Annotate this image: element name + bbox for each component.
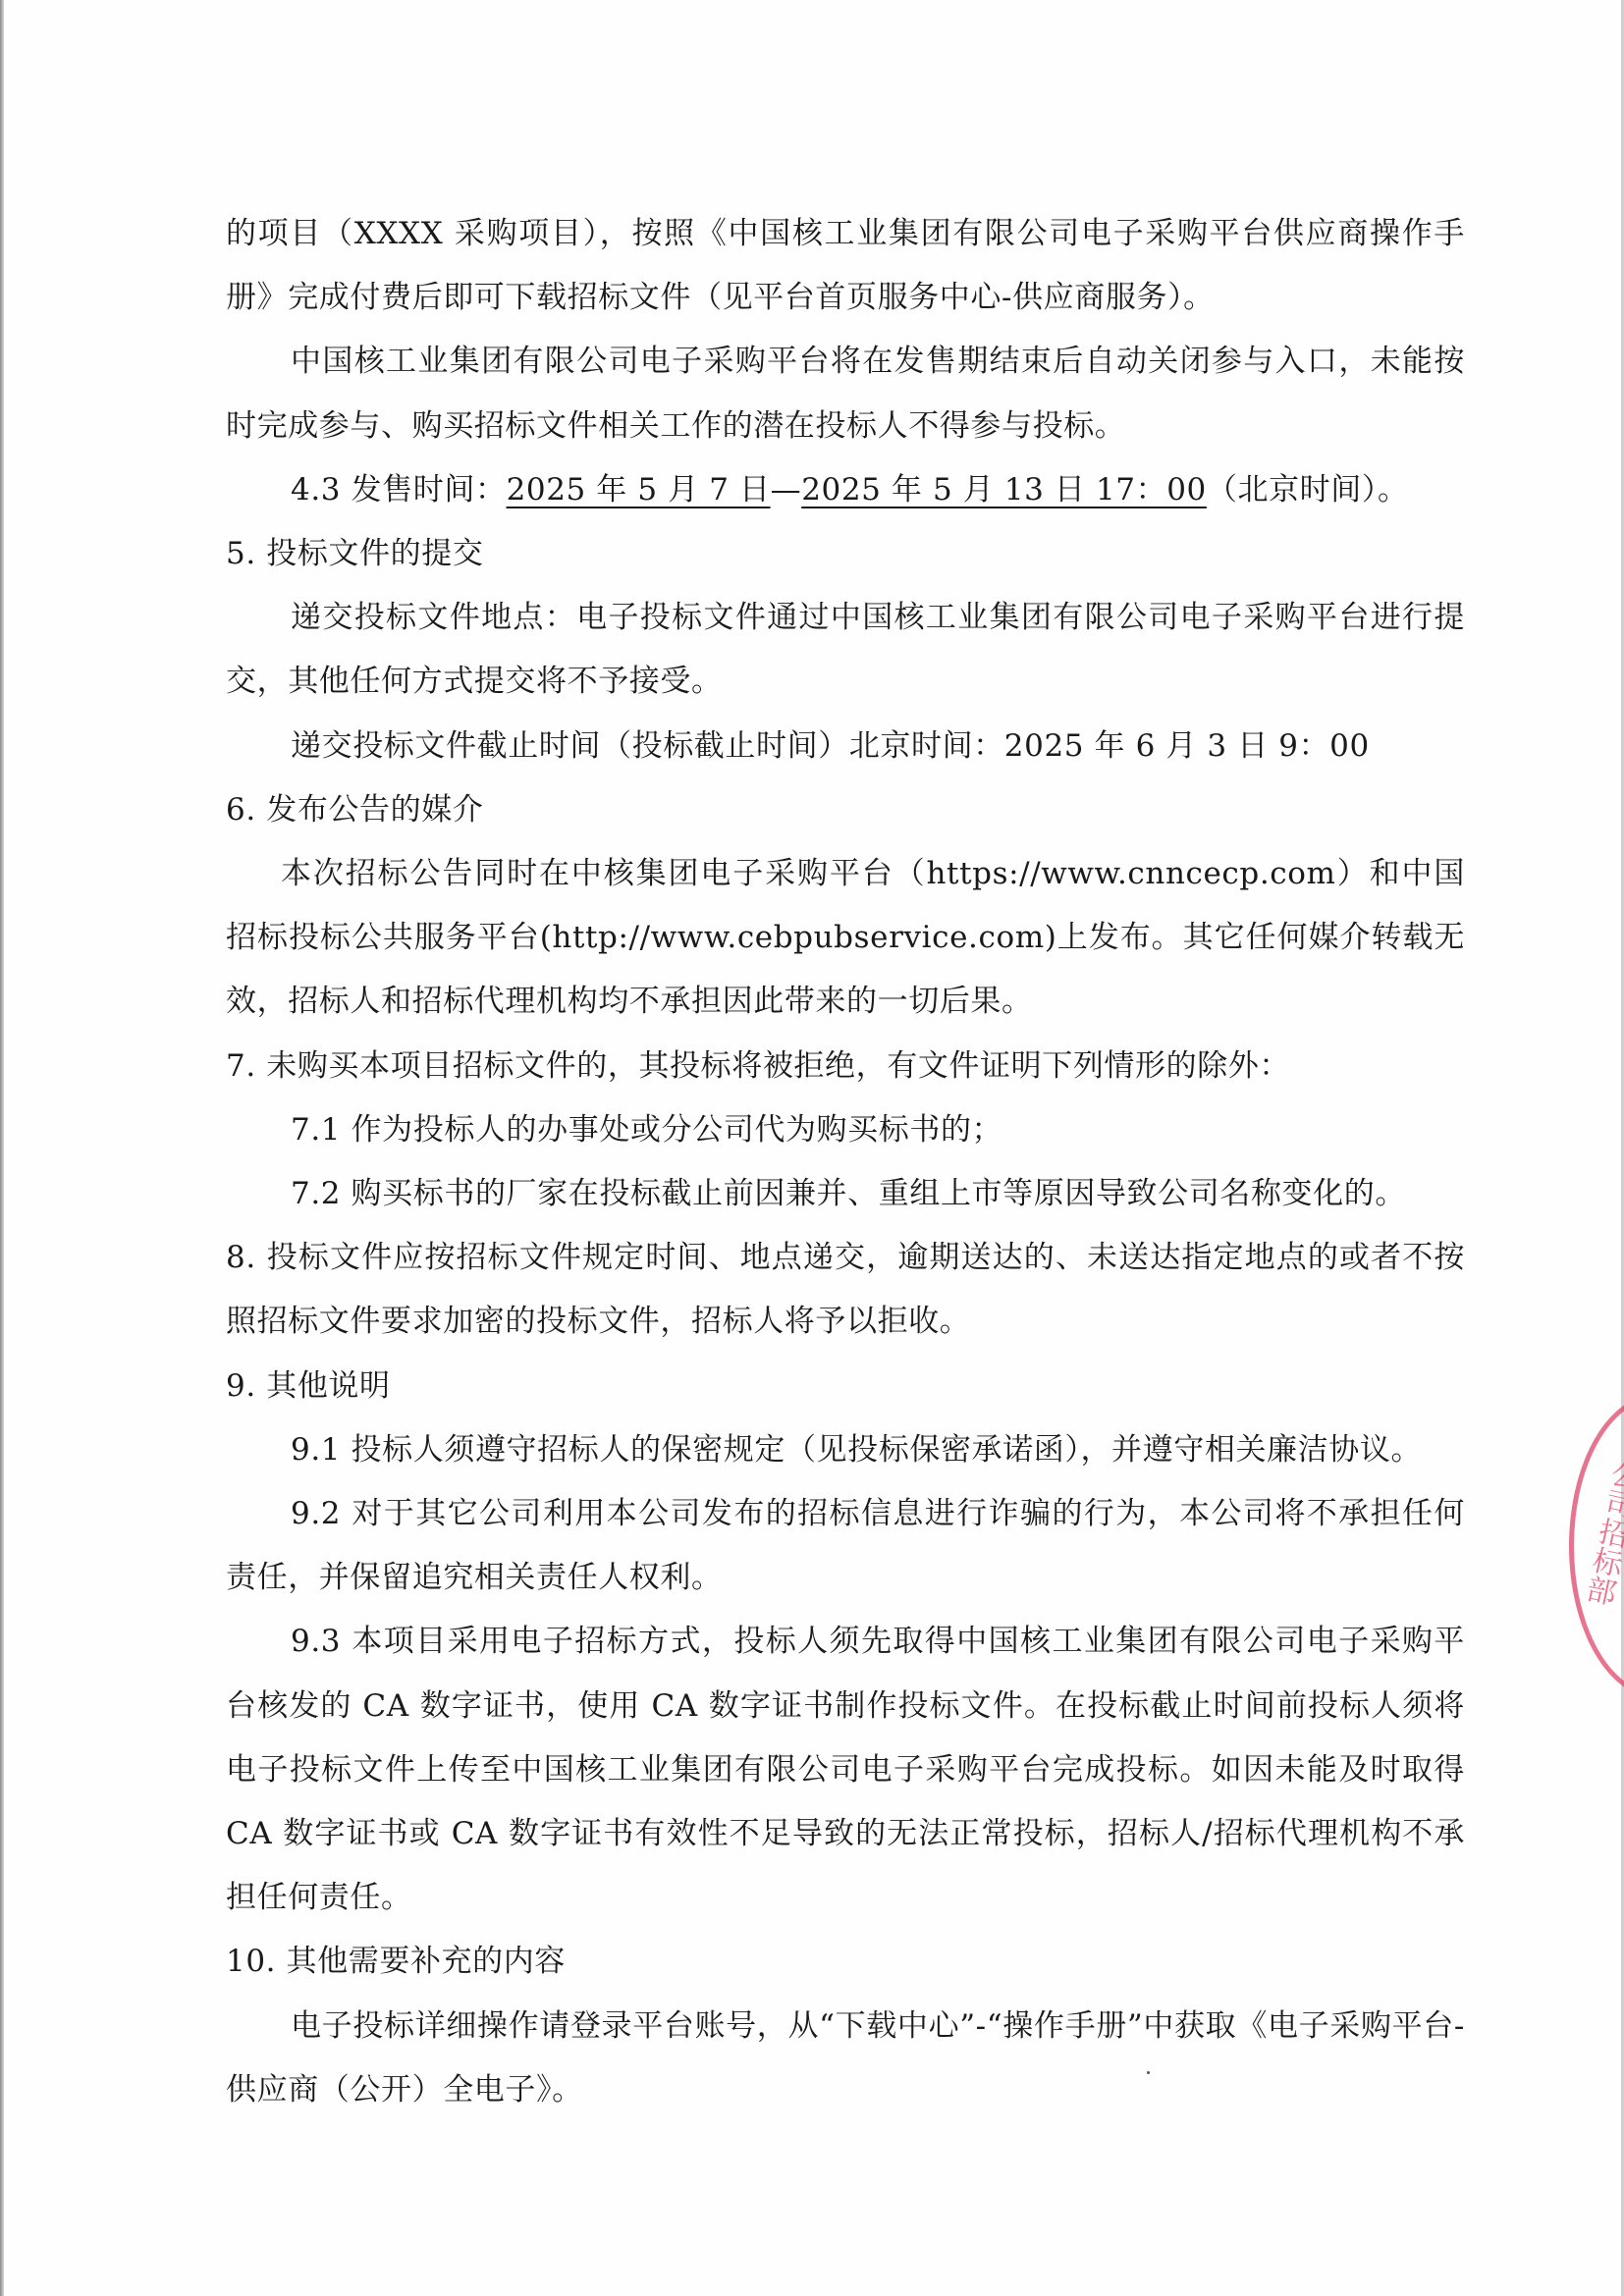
sale-time-start: 2025 年 5 月 7 日 — [507, 472, 771, 507]
section-10-body: 电子投标详细操作请登录平台账号，从“下载中心”-“操作手册”中获取《电子采购平台… — [226, 1995, 1465, 2122]
section-7-item-1: 7.1 作为投标人的办事处或分公司代为购买标书的； — [226, 1098, 1465, 1162]
section-6-body: 本次招标公告同时在中核集团电子采购平台（https://www.cnncecp.… — [226, 842, 1465, 1035]
sale-time-line: 4.3 发售时间：2025 年 5 月 7 日—2025 年 5 月 13 日 … — [226, 458, 1465, 522]
sale-time-label: 4.3 发售时间： — [291, 472, 507, 507]
paragraph-entry-closing: 中国核工业集团有限公司电子采购平台将在发售期结束后自动关闭参与入口，未能按时完成… — [226, 330, 1465, 457]
section-9-item-1: 9.1 投标人须遵守招标人的保密规定（见投标保密承诺函），并遵守相关廉洁协议。 — [226, 1418, 1465, 1482]
section-9-item-3: 9.3 本项目采用电子招标方式，投标人须先取得中国核工业集团有限公司电子采购平台… — [226, 1610, 1465, 1930]
section-8-text: 8. 投标文件应按招标文件规定时间、地点递交，逾期送达的、未送达指定地点的或者不… — [226, 1226, 1465, 1354]
section-5-heading: 5. 投标文件的提交 — [226, 522, 1465, 586]
paragraph-continued: 的项目（XXXX 采购项目），按照《中国核工业集团有限公司电子采购平台供应商操作… — [226, 202, 1465, 330]
scan-speck — [1147, 2071, 1150, 2074]
sale-time-dash: — — [771, 472, 802, 507]
section-7-heading: 7. 未购买本项目招标文件的，其投标将被拒绝，有文件证明下列情形的除外： — [226, 1035, 1465, 1098]
sale-time-suffix: （北京时间）。 — [1207, 472, 1409, 507]
sale-time-end: 2025 年 5 月 13 日 17：00 — [801, 472, 1207, 507]
section-7-item-2: 7.2 购买标书的厂家在投标截止前因兼并、重组上市等原因导致公司名称变化的。 — [226, 1162, 1465, 1226]
section-9-item-2: 9.2 对于其它公司利用本公司发布的招标信息进行诈骗的行为，本公司将不承担任何责… — [226, 1482, 1465, 1610]
section-10-heading: 10. 其他需要补充的内容 — [226, 1930, 1465, 1994]
document-body: 的项目（XXXX 采购项目），按照《中国核工业集团有限公司电子采购平台供应商操作… — [226, 202, 1465, 2122]
scan-edge-left — [0, 0, 4, 2296]
section-5-deadline: 递交投标文件截止时间（投标截止时间）北京时间：2025 年 6 月 3 日 9：… — [226, 715, 1465, 778]
section-5-location: 递交投标文件地点：电子投标文件通过中国核工业集团有限公司电子采购平台进行提交，其… — [226, 586, 1465, 714]
company-seal-stamp: 公司招标部 — [1569, 1394, 1624, 1698]
seal-text: 公司招标部 — [1573, 1455, 1624, 1607]
document-page: 的项目（XXXX 采购项目），按照《中国核工业集团有限公司电子采购平台供应商操作… — [0, 0, 1624, 2296]
section-6-heading: 6. 发布公告的媒介 — [226, 778, 1465, 842]
section-9-heading: 9. 其他说明 — [226, 1355, 1465, 1418]
